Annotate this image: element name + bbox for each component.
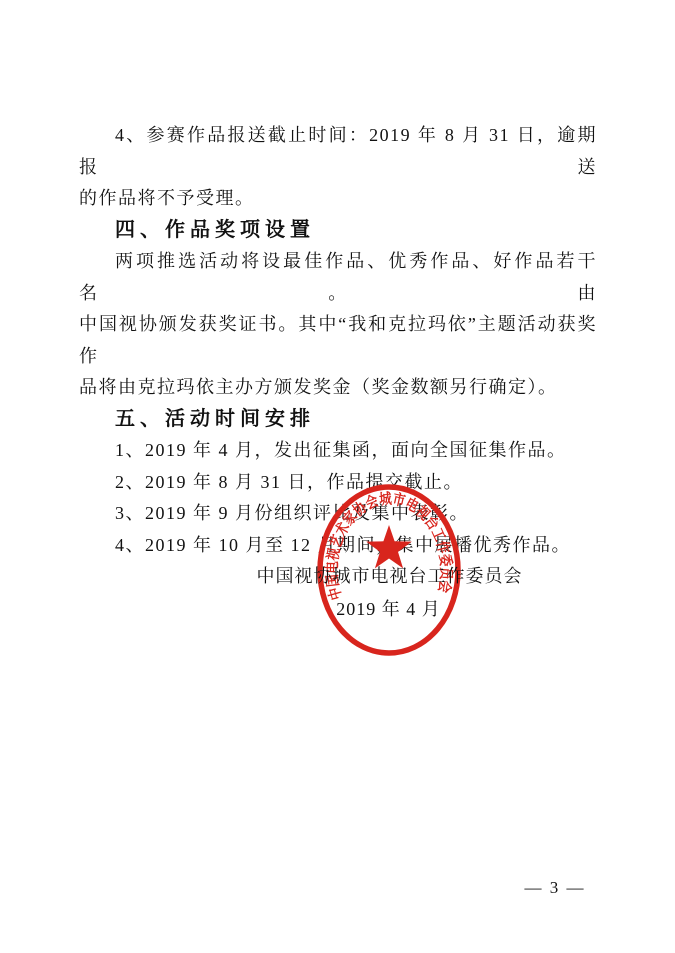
signature-organization: 中国视协城市电视台工作委员会: [0, 562, 675, 588]
paragraph-line: 4、参赛作品报送截止时间：2019 年 8 月 31 日，逾期报送: [79, 120, 597, 183]
paragraph-line: 中国视协颁发获奖证书。其中“我和克拉玛依”主题活动获奖作: [79, 309, 597, 372]
paragraph-line: 品将由克拉玛依主办方颁发奖金（奖金数额另行确定）。: [79, 372, 597, 404]
section-heading-4: 四、作品奖项设置: [79, 215, 597, 247]
signature-date: 2019 年 4 月: [0, 595, 675, 621]
paragraph-line: 的作品将不予受理。: [79, 183, 597, 215]
timeline-item: 1、2019 年 4 月，发出征集函，面向全国征集作品。: [79, 435, 597, 467]
section-heading-5: 五、活动时间安排: [79, 404, 597, 436]
paragraph-line: 两项推选活动将设最佳作品、优秀作品、好作品若干名。由: [79, 246, 597, 309]
page-number: — 3 —: [505, 878, 605, 898]
document-page: 4、参赛作品报送截止时间：2019 年 8 月 31 日，逾期报送 的作品将不予…: [0, 0, 675, 953]
